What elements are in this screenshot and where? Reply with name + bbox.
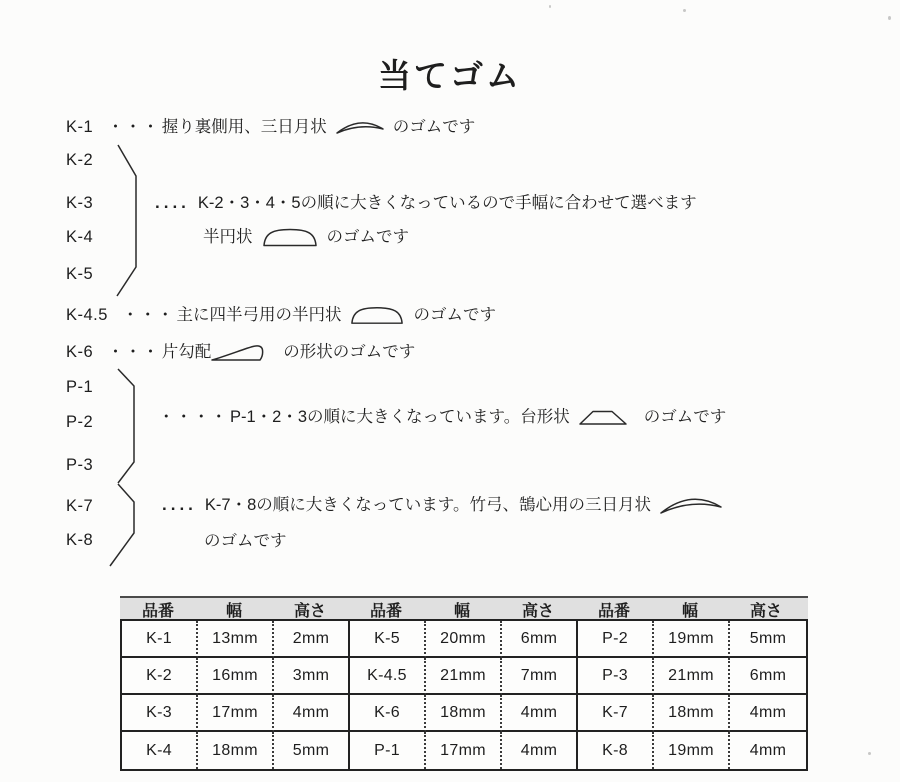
table-cell: P-3	[578, 658, 654, 695]
table-cell: K-1	[122, 621, 198, 658]
entry-k6: K-6 ・・・ 片勾配 の形状のゴムです	[66, 341, 415, 363]
product-code-p1: P-1	[66, 377, 93, 397]
table-cell: 7mm	[502, 658, 578, 695]
table-header-cell: 高さ	[272, 598, 348, 621]
table-header-cell: 幅	[424, 598, 500, 621]
page-title: 当てゴム	[0, 50, 900, 97]
table-cell: 19mm	[654, 621, 730, 658]
table-header-cell: 幅	[196, 598, 272, 621]
table-cell: P-2	[578, 621, 654, 658]
entry-k2-5-line1: .... K-2・3・4・5の順に大きくなっているので手幅に合わせて選べます	[155, 192, 697, 214]
scan-speck	[549, 5, 551, 8]
table-cell: 21mm	[426, 658, 502, 695]
product-code-k2: K-2	[66, 150, 93, 170]
leader-dots: ....	[162, 494, 197, 516]
product-code-k4: K-4	[66, 227, 93, 247]
table-header-cell: 幅	[652, 598, 728, 621]
entry-k45-text: 主に四半弓用の半円状	[176, 304, 341, 326]
table-cell: 4mm	[502, 732, 578, 769]
table-cell: 17mm	[198, 695, 274, 732]
size-table-body: K-1 13mm 2mm K-5 20mm 6mm P-2 19mm 5mm K…	[120, 619, 808, 771]
entry-k2-5-suffix: のゴムです	[327, 226, 410, 248]
entry-k2-5-text1: K-2・3・4・5の順に大きくなっているので手幅に合わせて選べます	[198, 192, 697, 214]
table-cell: 6mm	[502, 621, 578, 658]
table-cell: 20mm	[426, 621, 502, 658]
table-cell: 21mm	[654, 658, 730, 695]
entry-p-text: P-1・2・3の順に大きくなっています。台形状	[230, 406, 570, 428]
leader-dots: ・・・	[122, 304, 175, 326]
table-cell: 4mm	[730, 695, 806, 732]
leader-dots: ・・・・	[158, 406, 228, 428]
table-cell: 19mm	[654, 732, 730, 769]
table-cell: 18mm	[654, 695, 730, 732]
entry-k45-suffix: のゴムです	[413, 304, 496, 326]
crescent-icon	[335, 118, 385, 136]
table-cell: 3mm	[274, 658, 350, 695]
entry-k6-suffix: の形状のゴムです	[283, 341, 415, 363]
size-table-header: 品番 幅 高さ 品番 幅 高さ 品番 幅 高さ	[120, 596, 808, 619]
product-code-p2: P-2	[66, 412, 93, 432]
trapezoid-icon	[578, 409, 628, 425]
scanned-document-page: 当てゴム K-1 ・・・ 握り裏側用、三日月状 のゴムです K-2 K-3 K-…	[0, 0, 900, 782]
table-cell: 4mm	[274, 695, 350, 732]
table-cell: 2mm	[274, 621, 350, 658]
group-bracket-k7-8	[106, 481, 138, 571]
table-cell: 5mm	[274, 732, 350, 769]
table-cell: K-7	[578, 695, 654, 732]
table-cell: 18mm	[426, 695, 502, 732]
entry-k1-text: 握り裏側用、三日月状	[162, 116, 327, 138]
semicircle-icon	[349, 305, 405, 325]
table-cell: 4mm	[730, 732, 806, 769]
entry-k2-5-line2: 半円状 のゴムです	[203, 226, 409, 248]
entry-k78-text2: のゴムです	[204, 530, 287, 552]
entry-k78-text1: K-7・8の順に大きくなっています。竹弓、鵠心用の三日月状	[205, 494, 651, 516]
product-code-k6: K-6	[66, 341, 93, 363]
table-cell: K-4	[122, 732, 198, 769]
entry-k1: K-1 ・・・ 握り裏側用、三日月状 のゴムです	[66, 116, 475, 138]
table-cell: K-2	[122, 658, 198, 695]
product-code-k7: K-7	[66, 496, 93, 516]
entry-k45: K-4.5 ・・・ 主に四半弓用の半円状 のゴムです	[66, 304, 496, 326]
leader-dots: ・・・	[107, 341, 160, 363]
wedge-icon	[211, 343, 267, 361]
scan-speck	[868, 752, 871, 755]
table-cell: K-4.5	[350, 658, 426, 695]
semicircle-icon	[261, 227, 319, 247]
table-cell: 13mm	[198, 621, 274, 658]
table-header-cell: 高さ	[728, 598, 804, 621]
leader-dots: ....	[155, 192, 190, 214]
product-code-k45: K-4.5	[66, 304, 108, 326]
table-cell: 16mm	[198, 658, 274, 695]
table-header-cell: 品番	[120, 598, 196, 621]
scan-speck	[888, 16, 891, 20]
scan-speck	[683, 9, 686, 12]
entry-k1-suffix: のゴムです	[393, 116, 476, 138]
product-code-k8: K-8	[66, 530, 93, 550]
table-cell: 4mm	[502, 695, 578, 732]
entry-k2-5-text2: 半円状	[203, 226, 253, 248]
entry-k78-line2: のゴムです	[204, 530, 287, 552]
leader-dots: ・・・	[107, 116, 160, 138]
product-code-k5: K-5	[66, 264, 93, 284]
table-cell: K-8	[578, 732, 654, 769]
table-cell: P-1	[350, 732, 426, 769]
product-code-k1: K-1	[66, 116, 93, 138]
product-code-p3: P-3	[66, 455, 93, 475]
group-bracket-p1-3	[114, 366, 138, 486]
table-header-cell: 品番	[348, 598, 424, 621]
table-header-cell: 高さ	[500, 598, 576, 621]
entry-p-suffix: のゴムです	[644, 406, 727, 428]
table-cell: K-3	[122, 695, 198, 732]
product-code-k3: K-3	[66, 193, 93, 213]
size-table: 品番 幅 高さ 品番 幅 高さ 品番 幅 高さ K-1 13mm 2mm K-5…	[120, 596, 808, 771]
crescent-icon	[659, 494, 723, 516]
group-bracket-k2-5	[114, 142, 140, 300]
table-cell: 5mm	[730, 621, 806, 658]
table-cell: K-5	[350, 621, 426, 658]
table-cell: 18mm	[198, 732, 274, 769]
entry-p-line: ・・・・ P-1・2・3の順に大きくなっています。台形状 のゴムです	[158, 406, 726, 428]
table-header-cell: 品番	[576, 598, 652, 621]
entry-k6-text: 片勾配	[162, 341, 212, 363]
table-cell: 6mm	[730, 658, 806, 695]
table-cell: 17mm	[426, 732, 502, 769]
table-cell: K-6	[350, 695, 426, 732]
entry-k78-line1: .... K-7・8の順に大きくなっています。竹弓、鵠心用の三日月状	[162, 494, 731, 516]
